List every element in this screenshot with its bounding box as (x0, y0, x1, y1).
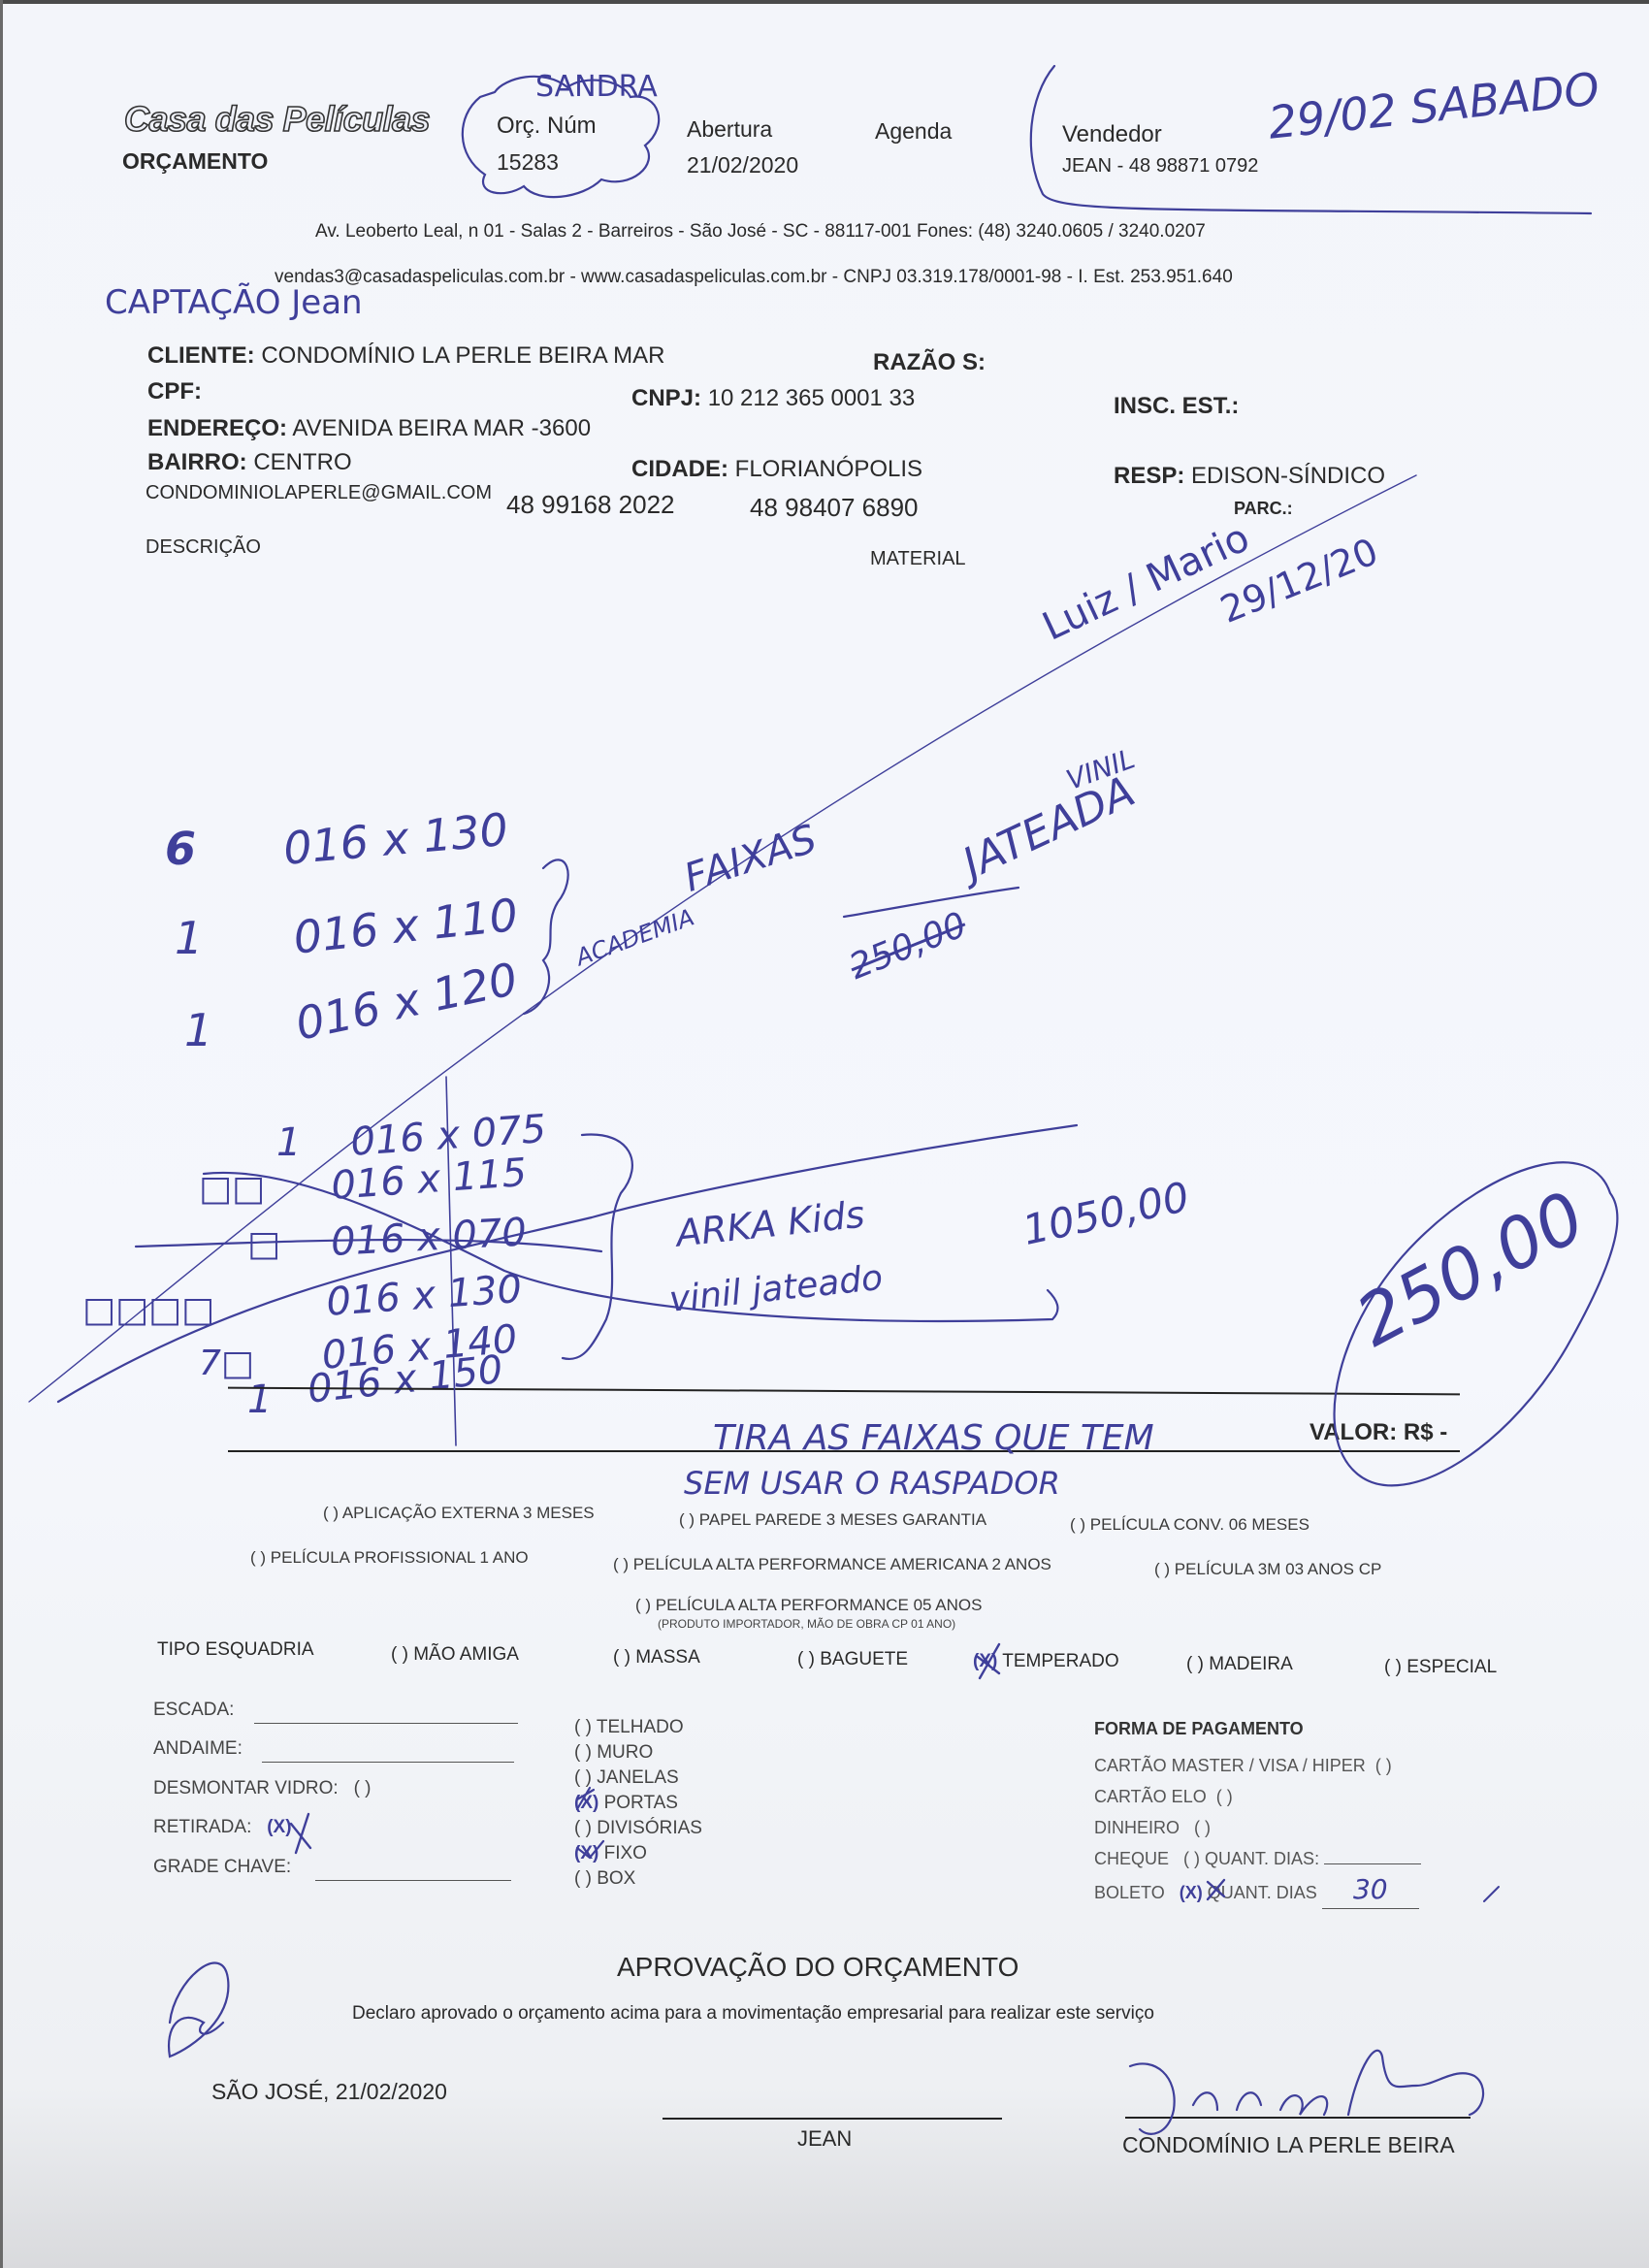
option-label: MASSA (635, 1647, 700, 1668)
g2-note-arka-kids: ARKA Kids (674, 1193, 866, 1255)
resp-label: RESP: (1114, 463, 1184, 489)
g1-note-academia: ACADEMIA (572, 903, 697, 971)
g1-qty-2: 1 (175, 912, 203, 964)
option-label: PELÍCULA CONV. 06 MESES (1090, 1515, 1309, 1534)
g2-price: 1050,00 (1018, 1173, 1193, 1254)
doc-type-title: ORÇAMENTO (122, 148, 268, 175)
option-label: PAPEL PAREDE 3 MESES GARANTIA (699, 1510, 986, 1529)
location-list: ( ) TELHADO ( ) MURO ( ) JANELAS (X) POR… (574, 1715, 702, 1892)
cliente-label: CLIENTE: (147, 342, 255, 369)
bairro-value: CENTRO (253, 449, 351, 475)
location-box[interactable]: ( ) BOX (574, 1866, 702, 1892)
checkbox-mark-checked: (X) (973, 1651, 997, 1671)
escada-field[interactable] (254, 1723, 518, 1724)
checkbox-mark-checked: (X) (574, 1793, 598, 1813)
esquadria-option-mao-amiga[interactable]: ( ) MÃO AMIGA (391, 1644, 519, 1666)
bairro-field: BAIRRO: CENTRO (147, 449, 352, 476)
andaime-label: ANDAIME: (153, 1738, 242, 1760)
checkbox-mark: ( ) (574, 1818, 592, 1838)
location-telhado[interactable]: ( ) TELHADO (574, 1715, 702, 1740)
desmontar-vidro-field[interactable]: DESMONTAR VIDRO: ( ) (153, 1778, 372, 1799)
andaime-field[interactable] (262, 1762, 514, 1763)
brand-logo: Casa das Películas (124, 99, 430, 140)
desmontar-vidro-label: DESMONTAR VIDRO: (153, 1778, 339, 1798)
cidade-value: FLORIANÓPOLIS (735, 456, 922, 482)
checkbox-mark: ( ) (613, 1647, 630, 1668)
location-divisorias[interactable]: ( ) DIVISÓRIAS (574, 1816, 702, 1841)
payment-option-cheque[interactable]: CHEQUE ( ) QUANT. DIAS: (1094, 1843, 1421, 1874)
endereco-value: AVENIDA BEIRA MAR -3600 (292, 415, 591, 441)
esquadria-option-temperado[interactable]: (X) TEMPERADO (973, 1651, 1119, 1672)
checkbox-mark: ( ) (354, 1778, 372, 1798)
warranty-option-6[interactable]: ( ) PELÍCULA 3M 03 ANOS CP (1154, 1560, 1381, 1579)
abertura-value: 21/02/2020 (687, 152, 798, 178)
esquadria-option-especial[interactable]: ( ) ESPECIAL (1384, 1657, 1497, 1678)
checkbox-mark: ( ) (574, 1868, 592, 1889)
bairro-label: BAIRRO: (147, 449, 247, 475)
warranty-option-1[interactable]: ( ) APLICAÇÃO EXTERNA 3 MESES (323, 1504, 595, 1523)
checkbox-mark: ( ) (613, 1555, 629, 1573)
option-label: CARTÃO MASTER / VISA / HIPER (1094, 1756, 1366, 1775)
g1-price: 250,00 (844, 905, 972, 988)
client-signature-line (1125, 2117, 1471, 2119)
company-contact: vendas3@casadaspeliculas.com.br - www.ca… (275, 267, 1233, 288)
resp-value: EDISON-SÍNDICO (1191, 463, 1385, 489)
parc-label: PARC.: (1234, 499, 1293, 519)
option-label: BOX (597, 1868, 635, 1889)
instruction-note-line-1: TIRA AS FAIXAS QUE TEM (713, 1418, 1154, 1458)
warranty-option-2[interactable]: ( ) PAPEL PAREDE 3 MESES GARANTIA (679, 1510, 986, 1530)
warranty-option-3[interactable]: ( ) PELÍCULA CONV. 06 MESES (1070, 1515, 1309, 1535)
handwritten-captacao: CAPTAÇÃO Jean (105, 283, 363, 322)
instruction-note-line-2: SEM USAR O RASPADOR (684, 1465, 1060, 1502)
cidade-field: CIDADE: FLORIANÓPOLIS (631, 456, 922, 483)
material-header: MATERIAL (870, 548, 966, 570)
checkbox-mark: ( ) (1375, 1756, 1392, 1775)
agenda-label: Agenda (875, 118, 952, 145)
option-label: ESPECIAL (1406, 1657, 1497, 1677)
grade-chave-field[interactable] (315, 1880, 511, 1881)
option-label: DIVISÓRIAS (597, 1818, 702, 1838)
warranty-option-7[interactable]: ( ) PELÍCULA ALTA PERFORMANCE 05 ANOS (635, 1596, 982, 1615)
g2-note-vinil-jateado: vinil jateado (667, 1258, 885, 1320)
option-label: APLICAÇÃO EXTERNA 3 MESES (342, 1504, 595, 1522)
option-label: PELÍCULA PROFISSIONAL 1 ANO (271, 1548, 529, 1567)
checkbox-mark: ( ) (1154, 1560, 1170, 1578)
checkbox-mark: ( ) (679, 1510, 695, 1529)
client-email: CONDOMINIOLAPERLE@GMAIL.COM (145, 482, 492, 504)
g1-size-3: 016 x 120 (291, 953, 522, 1051)
cnpj-value: 10 212 365 0001 33 (708, 385, 916, 411)
retirada-field[interactable]: RETIRADA: (X) (153, 1817, 292, 1838)
payment-option-cartao-master[interactable]: CARTÃO MASTER / VISA / HIPER ( ) (1094, 1750, 1421, 1781)
checkbox-mark: ( ) (1070, 1515, 1085, 1534)
checkbox-mark: ( ) (1183, 1849, 1200, 1868)
client-signature-label: CONDOMÍNIO LA PERLE BEIRA (1122, 2132, 1455, 2158)
g2-qty-4: □□□□ (82, 1290, 214, 1330)
warranty-footnote: (PRODUTO IMPORTADOR, MÃO DE OBRA CP 01 A… (658, 1617, 955, 1631)
warranty-option-5[interactable]: ( ) PELÍCULA ALTA PERFORMANCE AMERICANA … (613, 1555, 1051, 1574)
approval-declaration: Declaro aprovado o orçamento acima para … (352, 2003, 1154, 2025)
resp-field: RESP: EDISON-SÍNDICO (1114, 463, 1385, 490)
cpf-label: CPF: (147, 378, 202, 405)
option-label: PELÍCULA ALTA PERFORMANCE AMERICANA 2 AN… (633, 1555, 1051, 1573)
cnpj-label: CNPJ: (631, 385, 701, 411)
approval-title: APROVAÇÃO DO ORÇAMENTO (617, 1952, 1018, 1983)
retirada-label: RETIRADA: (153, 1817, 251, 1837)
checkbox-mark: ( ) (1186, 1654, 1204, 1674)
checkbox-mark: ( ) (797, 1649, 815, 1669)
g1-size-2: 016 x 110 (291, 889, 520, 964)
valor-label: VALOR: R$ - (1309, 1419, 1447, 1446)
option-label: TEMPERADO (1002, 1651, 1118, 1671)
checkbox-mark: ( ) (323, 1504, 339, 1522)
cnpj-field: CNPJ: 10 212 365 0001 33 (631, 385, 915, 412)
g1-qty-3: 1 (184, 1004, 212, 1056)
g2-qty-2: □□ (199, 1169, 265, 1209)
abertura-label: Abertura (687, 116, 772, 143)
orc-num-label: Orç. Núm (497, 113, 597, 140)
location-janelas[interactable]: ( ) JANELAS (574, 1766, 702, 1791)
grade-chave-label: GRADE CHAVE: (153, 1857, 291, 1878)
vendedor-label: Vendedor (1062, 121, 1162, 148)
checkbox-mark: ( ) (574, 1742, 592, 1763)
g1-note-jateada: JATEADA (955, 766, 1143, 889)
checkbox-mark-checked: (X) (1180, 1883, 1203, 1902)
scanned-quote-page: Casa das Películas ORÇAMENTO SANDRA Orç.… (0, 0, 1649, 2268)
client-phone-1: 48 99168 2022 (506, 490, 675, 520)
option-label: DINHEIRO (1094, 1818, 1180, 1837)
option-label: JANELAS (597, 1767, 678, 1788)
option-label: MADEIRA (1209, 1654, 1293, 1674)
esquadria-label: TIPO ESQUADRIA (157, 1639, 314, 1661)
checkbox-mark: ( ) (574, 1767, 592, 1788)
warranty-option-4[interactable]: ( ) PELÍCULA PROFISSIONAL 1 ANO (250, 1548, 529, 1568)
g1-qty-1: 6 (165, 823, 196, 875)
g2-qty-3: □ (247, 1224, 280, 1264)
g1-note-faixas: FAIXAS (679, 817, 822, 901)
boleto-days-value: 30 (1353, 1873, 1388, 1905)
payment-options: CARTÃO MASTER / VISA / HIPER ( ) CARTÃO … (1094, 1750, 1421, 1909)
option-label: PELÍCULA 3M 03 ANOS CP (1175, 1560, 1382, 1578)
razao-label: RAZÃO S: (873, 349, 986, 376)
option-label: BOLETO (1094, 1883, 1165, 1902)
approval-place-date: SÃO JOSÉ, 21/02/2020 (211, 2079, 447, 2105)
handwritten-schedule-date: 29/02 SABADO (1266, 62, 1601, 149)
cheque-days-field[interactable] (1324, 1863, 1421, 1864)
payment-option-cartao-elo[interactable]: CARTÃO ELO ( ) (1094, 1781, 1421, 1812)
payment-option-boleto[interactable]: BOLETO (X) QUANT. DIAS 30 (1094, 1874, 1421, 1909)
g1-size-1: 016 x 130 (281, 803, 510, 875)
esquadria-option-madeira[interactable]: ( ) MADEIRA (1186, 1654, 1293, 1675)
g2-qty-5: 7□ (199, 1344, 254, 1383)
cheque-days-label: QUANT. DIAS: (1205, 1849, 1319, 1868)
handwritten-luiz-mario: Luiz / Mario (1036, 515, 1256, 649)
escada-label: ESCADA: (153, 1700, 234, 1721)
checkbox-mark: ( ) (1194, 1818, 1211, 1837)
cliente-value: CONDOMÍNIO LA PERLE BEIRA MAR (261, 342, 664, 369)
checkbox-mark: ( ) (250, 1548, 266, 1567)
boleto-days-label: QUANT. DIAS (1208, 1883, 1317, 1902)
g2-size-4: 016 x 130 (325, 1267, 524, 1325)
option-label: CHEQUE (1094, 1849, 1169, 1868)
cidade-label: CIDADE: (631, 456, 728, 482)
g2-size-3: 016 x 070 (330, 1210, 528, 1264)
checkbox-mark-checked: (X) (267, 1817, 291, 1837)
option-label: PELÍCULA ALTA PERFORMANCE 05 ANOS (656, 1596, 983, 1614)
vendedor-value: JEAN - 48 98871 0792 (1062, 155, 1258, 178)
payment-option-dinheiro[interactable]: DINHEIRO ( ) (1094, 1812, 1421, 1843)
company-address: Av. Leoberto Leal, n 01 - Salas 2 - Barr… (315, 221, 1206, 243)
cliente-field: CLIENTE: CONDOMÍNIO LA PERLE BEIRA MAR (147, 342, 664, 370)
scan-edge-left (0, 0, 3, 2268)
handwritten-name-sandra: SANDRA (535, 70, 658, 104)
checkbox-mark: ( ) (1384, 1657, 1402, 1677)
endereco-field: ENDEREÇO: AVENIDA BEIRA MAR -3600 (147, 415, 591, 442)
scan-edge-top (0, 0, 1649, 4)
seller-signature-line (663, 2118, 1002, 2120)
checkbox-mark-checked: (X) (574, 1843, 598, 1863)
orc-num-value: 15283 (497, 149, 559, 176)
insc-est-label: INSC. EST.: (1114, 393, 1239, 420)
endereco-label: ENDEREÇO: (147, 415, 287, 441)
option-label: MURO (597, 1742, 653, 1763)
checkbox-mark: ( ) (635, 1596, 651, 1614)
esquadria-option-baguete[interactable]: ( ) BAGUETE (797, 1649, 908, 1670)
option-label: BAGUETE (820, 1649, 908, 1669)
checkbox-mark: ( ) (1216, 1787, 1233, 1806)
g2-qty-6: 1 (247, 1377, 272, 1422)
esquadria-option-massa[interactable]: ( ) MASSA (613, 1647, 700, 1669)
location-muro[interactable]: ( ) MURO (574, 1740, 702, 1766)
option-label: TELHADO (597, 1717, 684, 1737)
valor-handwritten: 250,00 (1343, 1176, 1598, 1362)
option-label: PORTAS (604, 1793, 678, 1813)
descricao-header: DESCRIÇÃO (145, 536, 261, 559)
handwriting-strokes (0, 0, 1649, 2268)
option-label: CARTÃO ELO (1094, 1787, 1207, 1806)
g2-qty-1: 1 (276, 1120, 301, 1165)
location-fixo[interactable]: (X) FIXO (574, 1841, 702, 1866)
option-label: FIXO (604, 1843, 647, 1863)
checkbox-mark: ( ) (391, 1644, 408, 1665)
option-label: MÃO AMIGA (413, 1644, 519, 1665)
boleto-days-field[interactable]: 30 (1322, 1874, 1419, 1909)
location-portas[interactable]: (X) PORTAS (574, 1791, 702, 1816)
checkbox-mark: ( ) (574, 1717, 592, 1737)
client-phone-2: 48 98407 6890 (750, 493, 919, 523)
seller-signature-label: JEAN (797, 2126, 852, 2152)
payment-title: FORMA DE PAGAMENTO (1094, 1719, 1304, 1739)
